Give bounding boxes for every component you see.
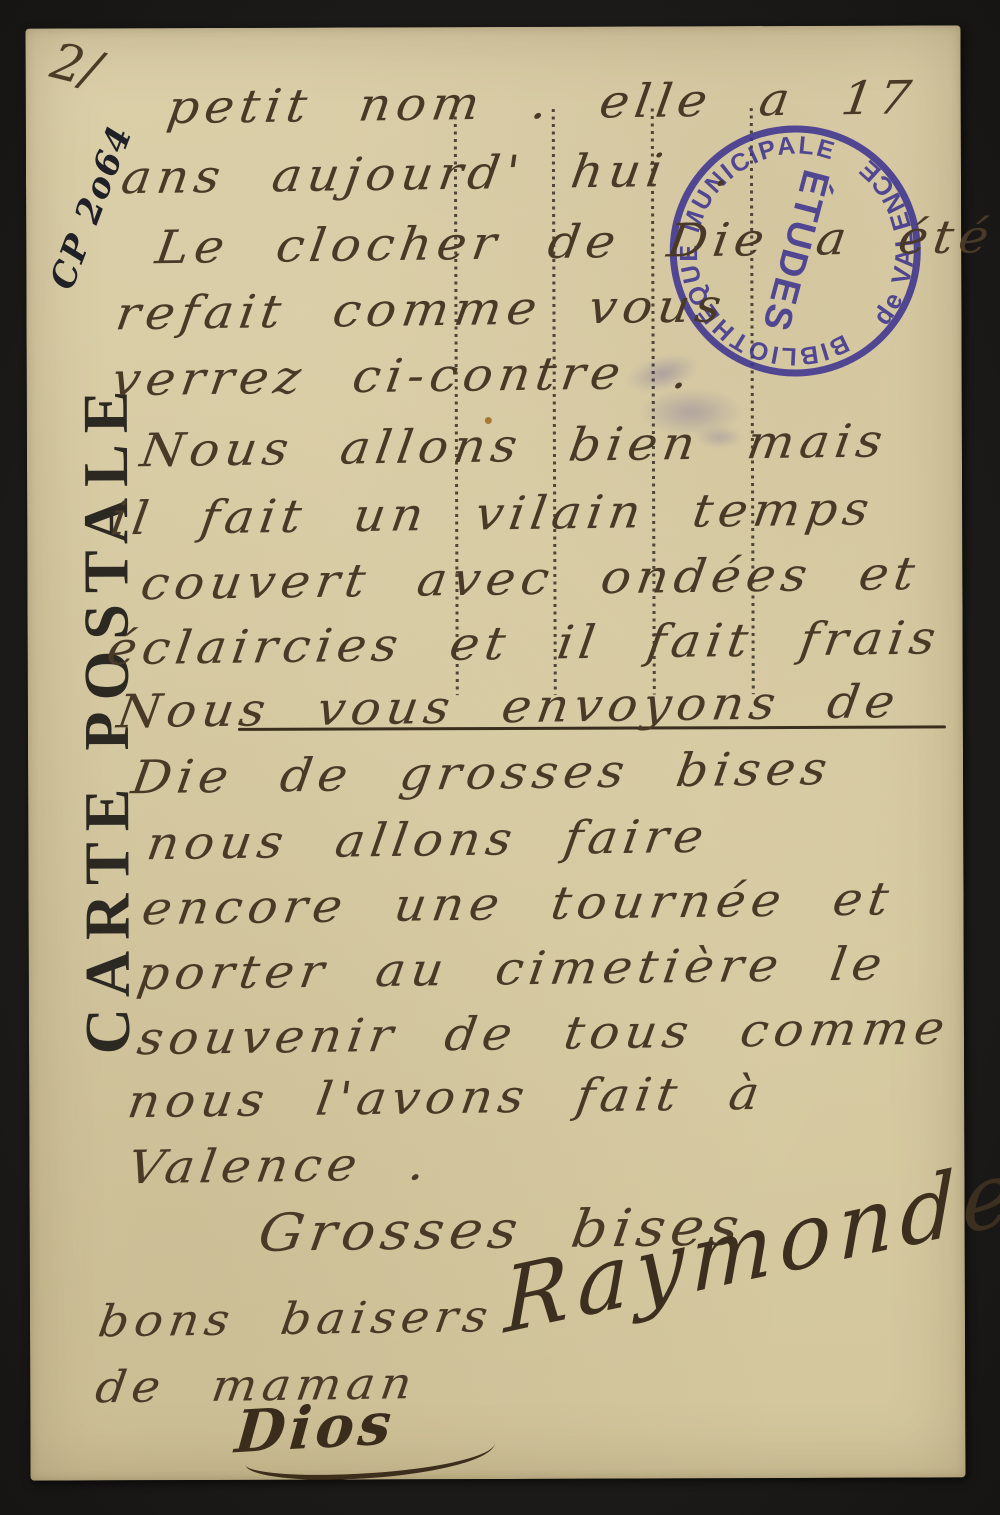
scan-background: BIBLIOTHEQUE MUNICIPALE de VALENCE ÉTUDE… [0,0,1000,1515]
catalog-number: CP 2o64 [42,120,141,295]
message-line-7: il fait un vilain temps [107,481,878,545]
message-line-15: souvenir de tous comme [134,1001,953,1066]
postscript-line-1: bons baisers [95,1291,496,1347]
message-line-10: Nous vous envoyons de [114,674,904,738]
message-line-14: porter au cimetière le [134,936,891,1000]
message-line-4: refait comme vous [113,278,731,340]
message-line-9: éclaircies et il fait frais [104,610,945,675]
signature-raymonde: Raymonde [503,1137,1000,1354]
message-line-1: petit nom . elle a 17 [164,70,920,134]
message-line-11: Die de grosses bises [128,741,836,804]
message-line-12: nous allons faire [143,809,712,870]
message-line-2: ans aujourd' hui . [118,142,740,204]
message-line-6: Nous allons bien mais [137,413,891,477]
message-line-8: couvert avec ondées et [137,546,923,610]
message-line-3: Le clocher de Die a été [152,209,997,274]
message-line-13: encore une tournée et [139,871,898,935]
message-line-17: Valence . [125,1136,435,1194]
message-line-16: nous l'avons fait à [124,1066,768,1128]
message-line-5: verrez ci-contre . [109,345,698,407]
corner-mark: 2/ [45,31,106,99]
postcard: BIBLIOTHEQUE MUNICIPALE de VALENCE ÉTUDE… [25,25,965,1480]
